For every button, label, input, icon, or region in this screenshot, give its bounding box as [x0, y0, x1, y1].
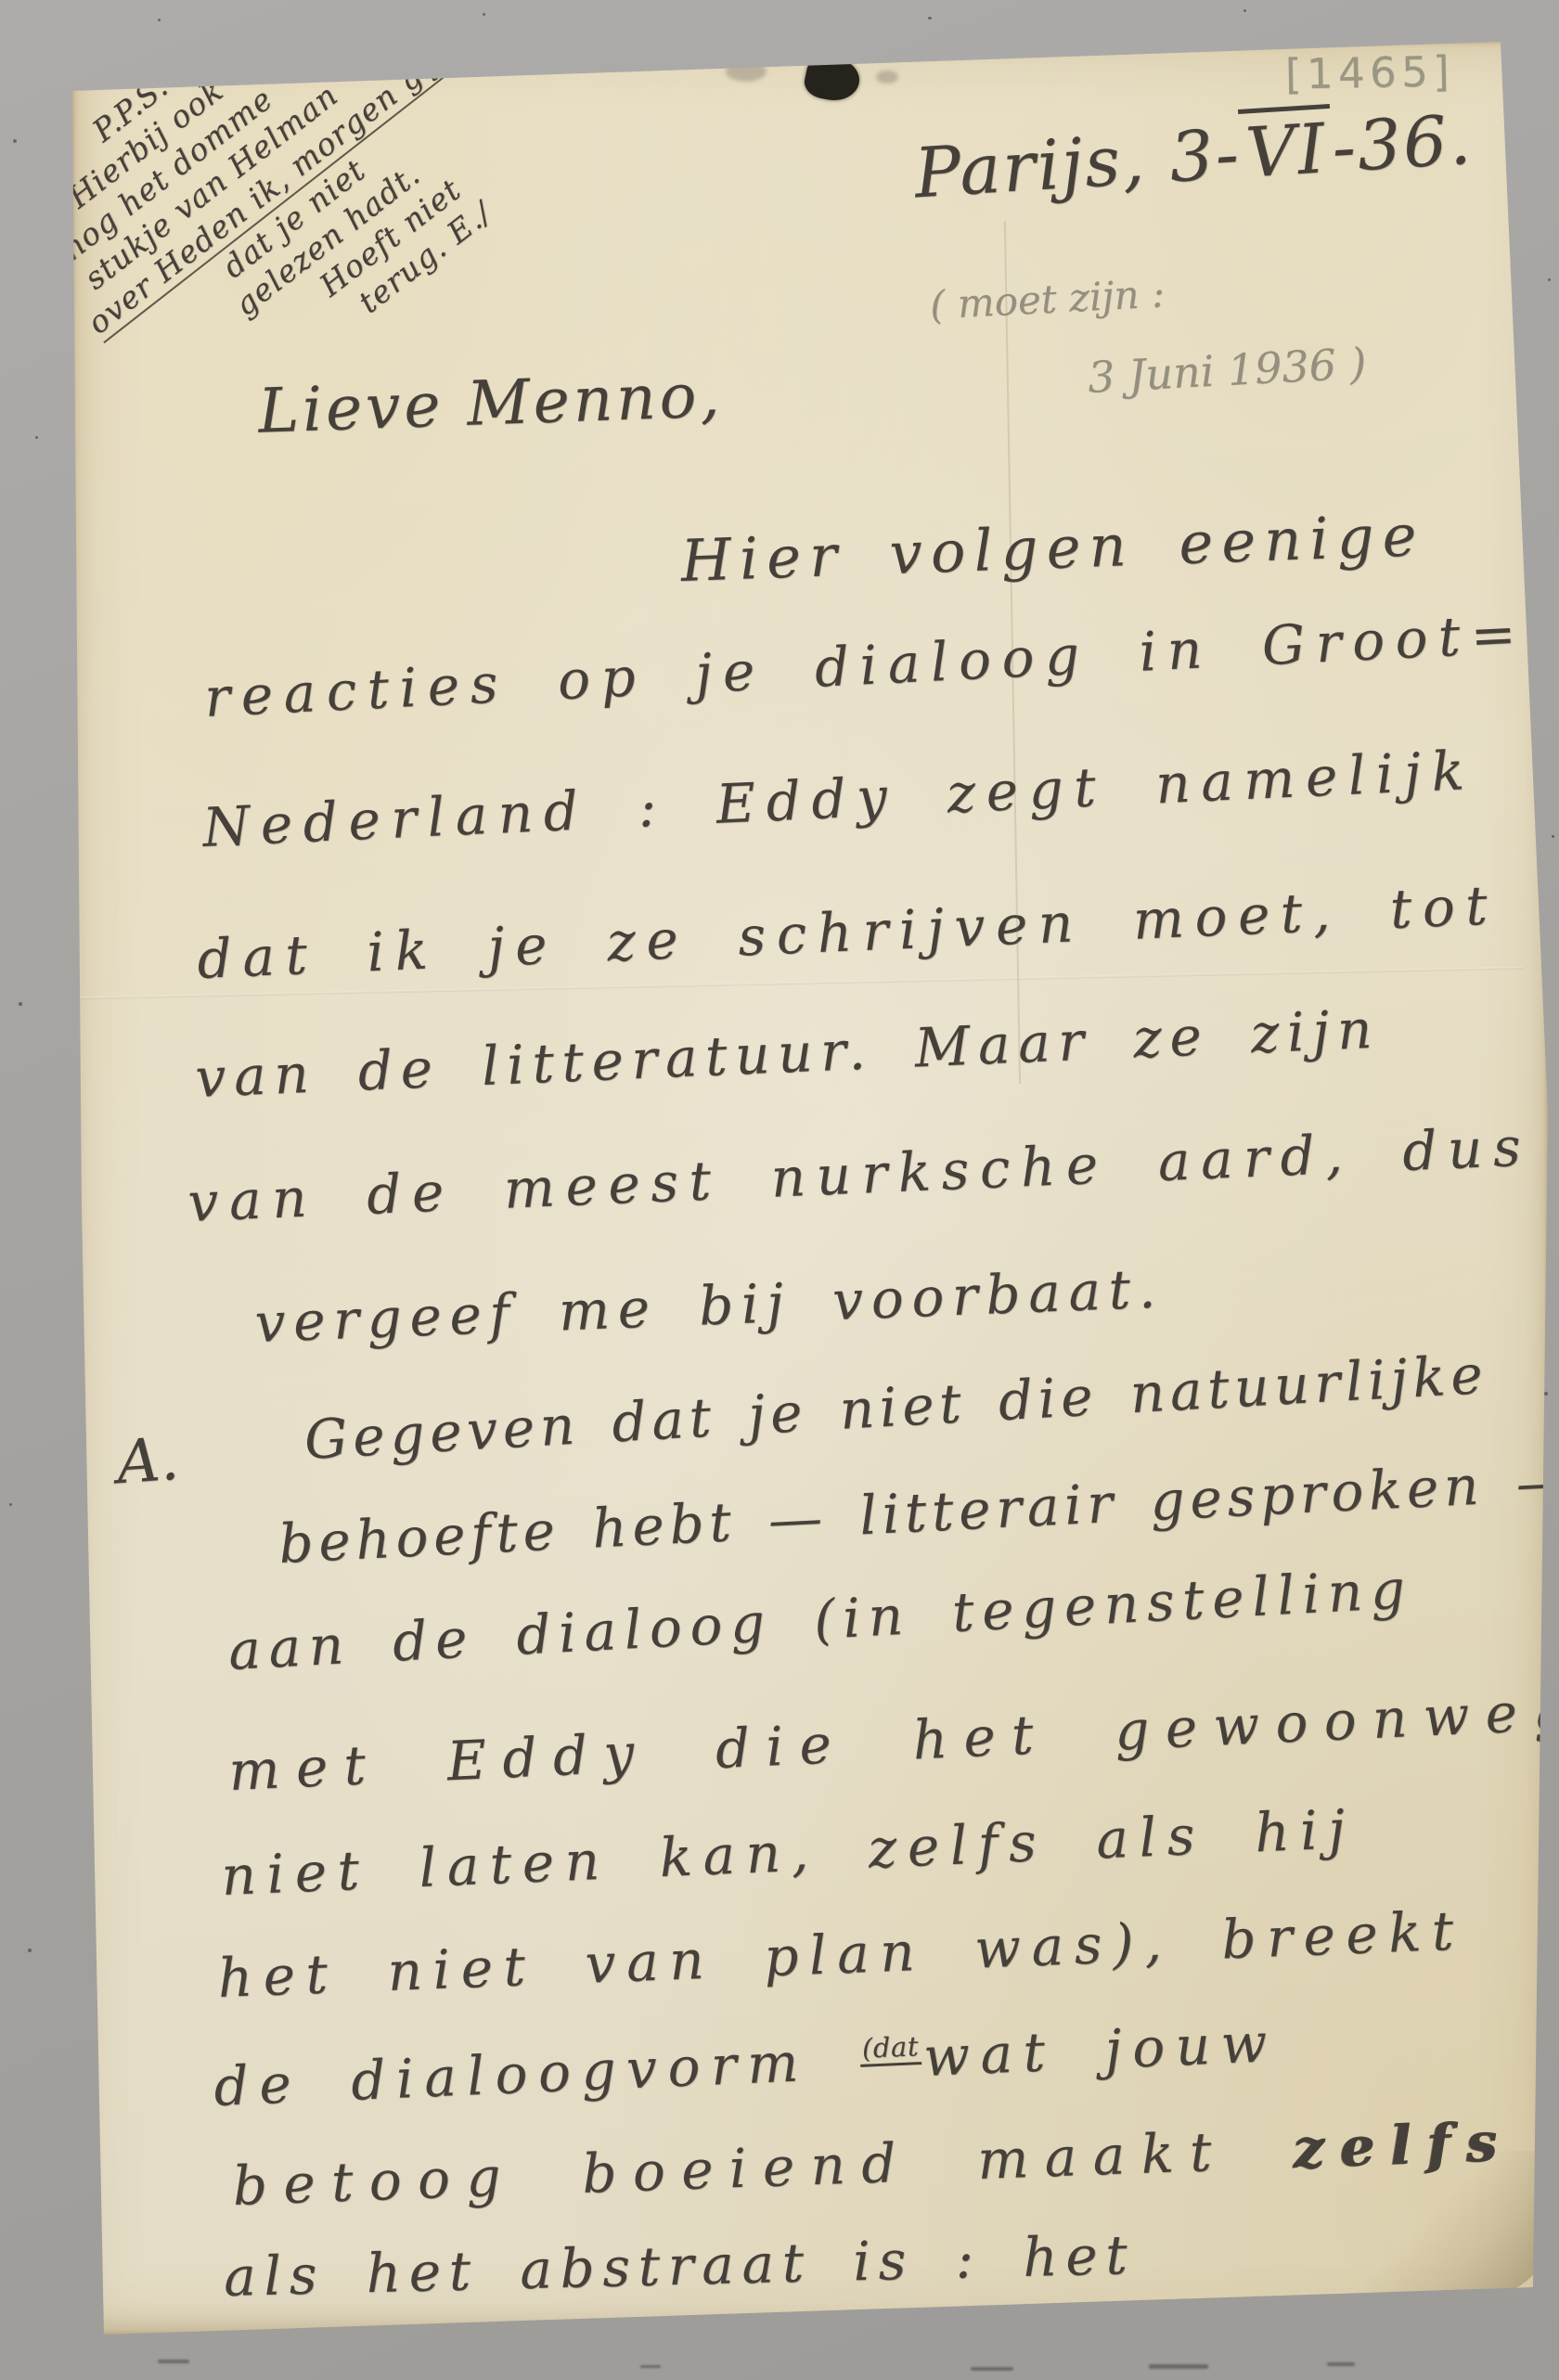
dateline-place: Parijs, — [912, 120, 1148, 213]
dateline-year: -36. — [1330, 100, 1475, 188]
pencil-smudge — [726, 61, 767, 82]
dust-speck — [1548, 278, 1551, 281]
margin-label: A. — [115, 1425, 182, 1498]
dust-speck — [928, 17, 932, 19]
dust-speck — [640, 2365, 661, 2368]
dust-speck — [35, 436, 38, 439]
dust-speck — [9, 1503, 12, 1506]
dust-speck — [19, 1002, 22, 1006]
dust-speck — [158, 2360, 189, 2363]
dust-speck — [1243, 9, 1246, 12]
dust-speck — [1327, 2362, 1355, 2366]
dust-speck — [13, 139, 17, 143]
scan-background: P.P.S.Hierbij ooknog het dommestukje van… — [0, 0, 1559, 2380]
dust-speck — [971, 2367, 1013, 2371]
dateline-day: 3- — [1167, 114, 1243, 199]
dateline-month-roman: VI — [1238, 104, 1334, 194]
letter-page: P.P.S.Hierbij ooknog het dommestukje van… — [0, 0, 1559, 2380]
dust-speck — [483, 13, 485, 16]
dust-speck — [158, 19, 161, 21]
dust-speck — [1552, 835, 1554, 838]
inserted-word: (dat — [859, 2030, 921, 2067]
dust-speck — [1544, 1392, 1548, 1396]
dust-speck — [28, 1949, 32, 1952]
pencil-smudge — [876, 71, 898, 84]
dust-speck — [1149, 2364, 1208, 2369]
corner-curl — [1357, 2151, 1548, 2299]
catalog-number: [1465] — [1285, 46, 1455, 98]
